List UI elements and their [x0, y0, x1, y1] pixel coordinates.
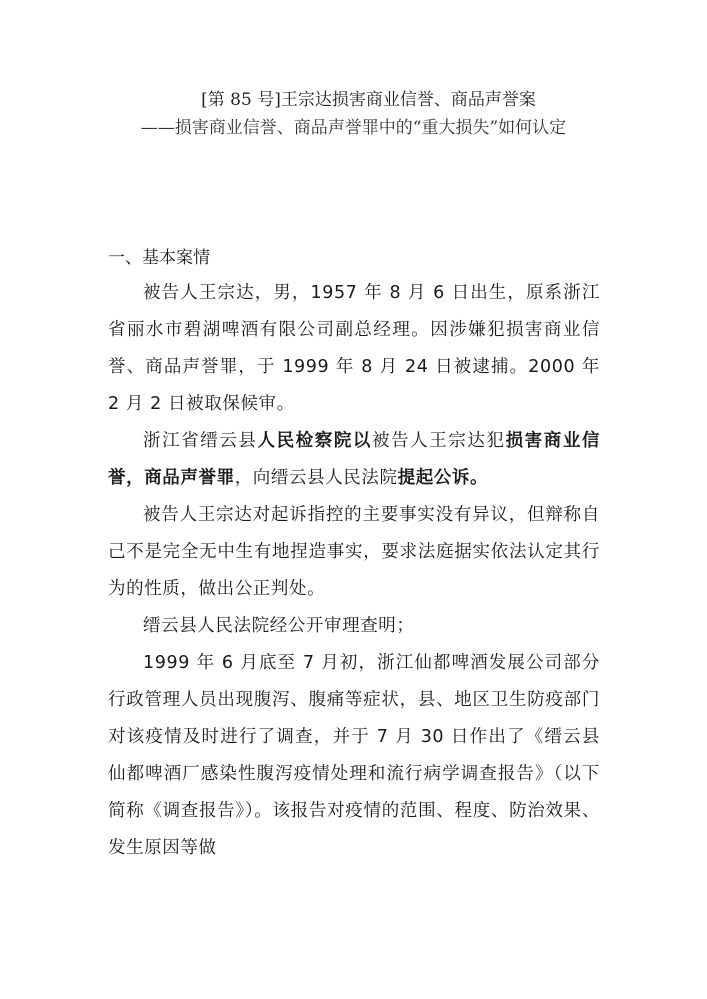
text-segment: 被告人王宗达，男，1957 年 8 月 6 日出生，原系浙江省丽水市碧湖啤酒有限… — [108, 283, 600, 414]
document-body: 一、基本案情 被告人王宗达，男，1957 年 8 月 6 日出生，原系浙江省丽水… — [108, 245, 600, 867]
case-title: [第 85 号]王宗达损害商业信誉、商品声誉案 — [0, 88, 707, 112]
text-segment-bold: 提起公诉。 — [398, 468, 489, 488]
text-segment: 浙江省缙云县 — [143, 431, 258, 451]
text-segment-bold: 人民检察院以 — [258, 431, 373, 451]
paragraph-prosecution: 浙江省缙云县人民检察院以被告人王宗达犯损害商业信誉，商品声誉罪，向缙云县人民法院… — [108, 423, 600, 497]
section-heading: 一、基本案情 — [108, 245, 600, 275]
text-segment: 缙云县人民法院经公开审理查明； — [143, 616, 415, 636]
paragraph-defense: 被告人王宗达对起诉指控的主要事实没有异议，但辩称自己不是完全无中生有地捏造事实，… — [108, 497, 600, 608]
paragraph-court-finding: 缙云县人民法院经公开审理查明； — [108, 608, 600, 645]
text-segment: 1999 年 6 月底至 7 月初，浙江仙都啤酒发展公司部分行政管理人员出现腹泻… — [108, 653, 600, 858]
document-page: [第 85 号]王宗达损害商业信誉、商品声誉案 ——损害商业信誉、商品声誉罪中的… — [0, 0, 707, 999]
text-segment: 被告人王宗达犯 — [372, 431, 506, 451]
paragraph-facts: 1999 年 6 月底至 7 月初，浙江仙都啤酒发展公司部分行政管理人员出现腹泻… — [108, 645, 600, 867]
text-segment: ，向缙云县人民法院 — [235, 468, 398, 488]
paragraph-defendant-info: 被告人王宗达，男，1957 年 8 月 6 日出生，原系浙江省丽水市碧湖啤酒有限… — [108, 275, 600, 423]
text-segment: 被告人王宗达对起诉指控的主要事实没有异议，但辩称自己不是完全无中生有地捏造事实，… — [108, 505, 600, 599]
case-subtitle: ——损害商业信誉、商品声誉罪中的“重大损失”如何认定 — [0, 116, 707, 140]
